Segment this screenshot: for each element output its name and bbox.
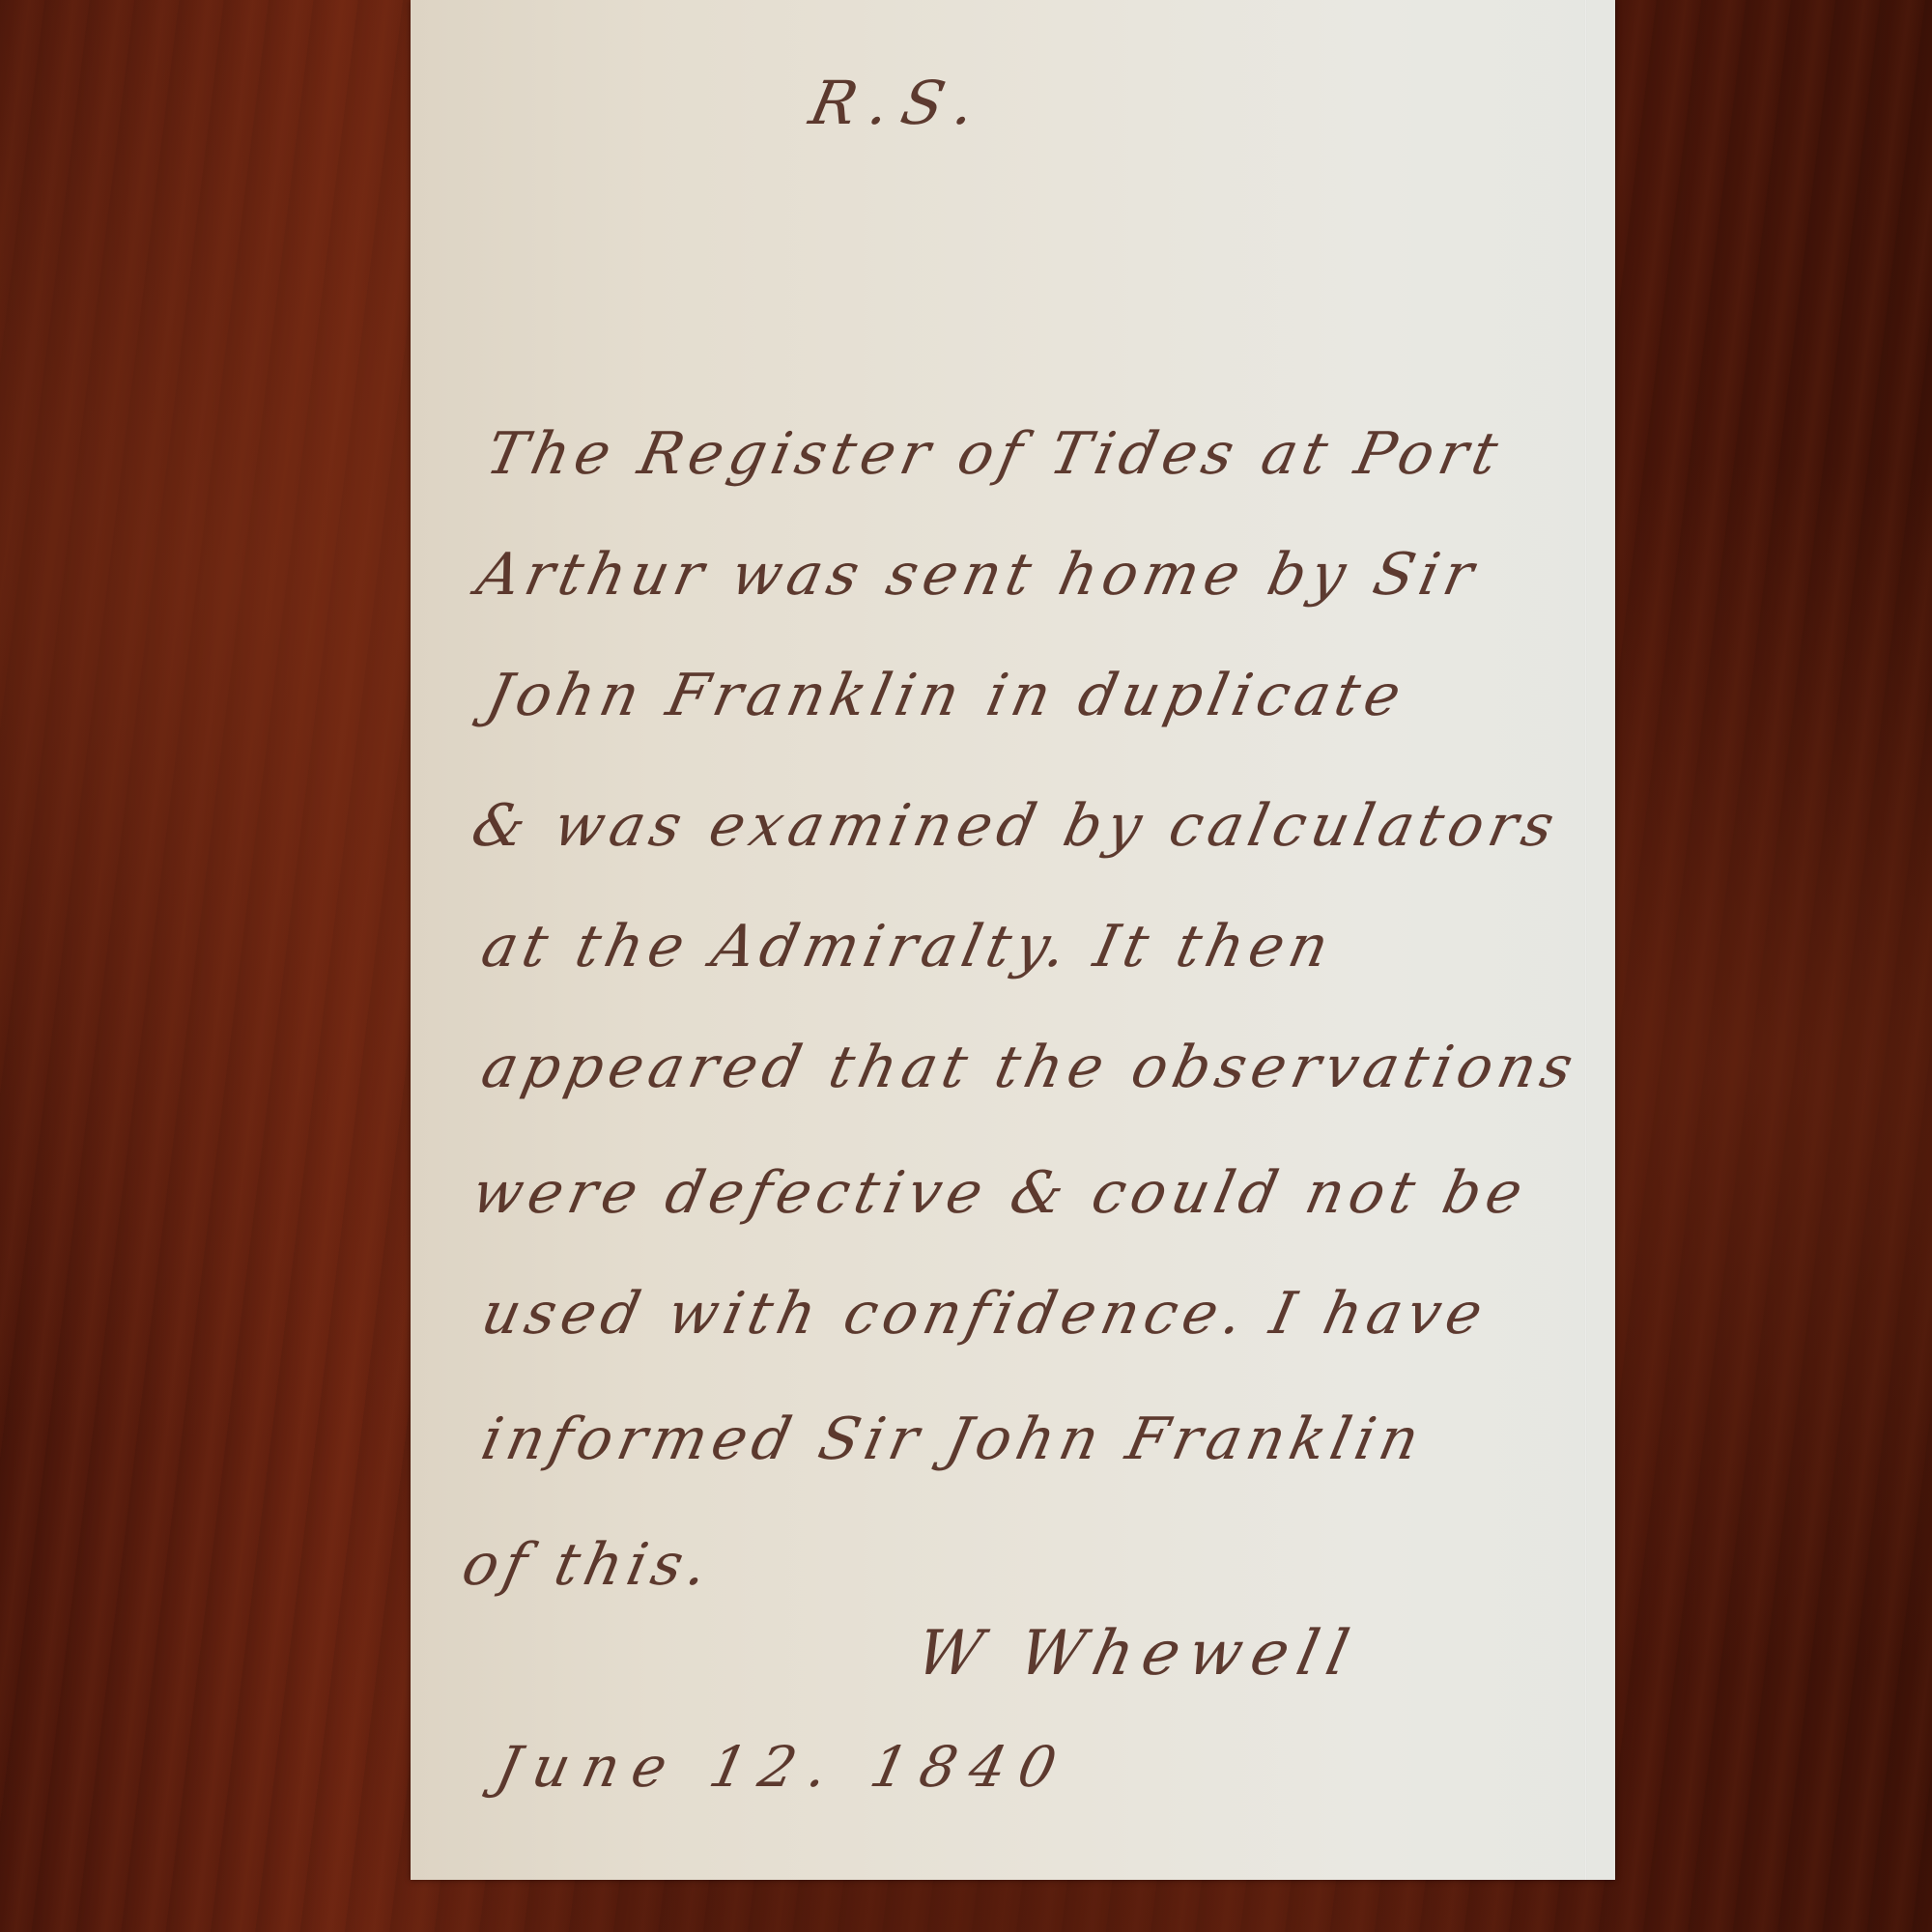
- body-line: appeared that the observations: [476, 1034, 1585, 1101]
- signature: W Whewell: [910, 1618, 1364, 1690]
- body-line: The Register of Tides at Port: [481, 420, 1510, 488]
- header-mark: R.S.: [804, 68, 995, 138]
- body-line: & was examined by calculators: [467, 792, 1566, 860]
- body-line: at the Admiralty. It then: [476, 913, 1341, 980]
- letter-date: June 12. 1840: [491, 1734, 1075, 1800]
- letter-paper: R.S. The Register of Tides at Port Arthu…: [411, 0, 1615, 1880]
- body-line: used with confidence. I have: [476, 1280, 1494, 1348]
- body-line: were defective & could not be: [467, 1159, 1534, 1227]
- body-line: informed Sir John Franklin: [476, 1406, 1431, 1473]
- body-line: of this.: [457, 1531, 720, 1599]
- body-line: John Franklin in duplicate: [481, 662, 1412, 729]
- paper-fold-line: [1584, 0, 1587, 1880]
- body-line: Arthur was sent home by Sir: [471, 541, 1486, 609]
